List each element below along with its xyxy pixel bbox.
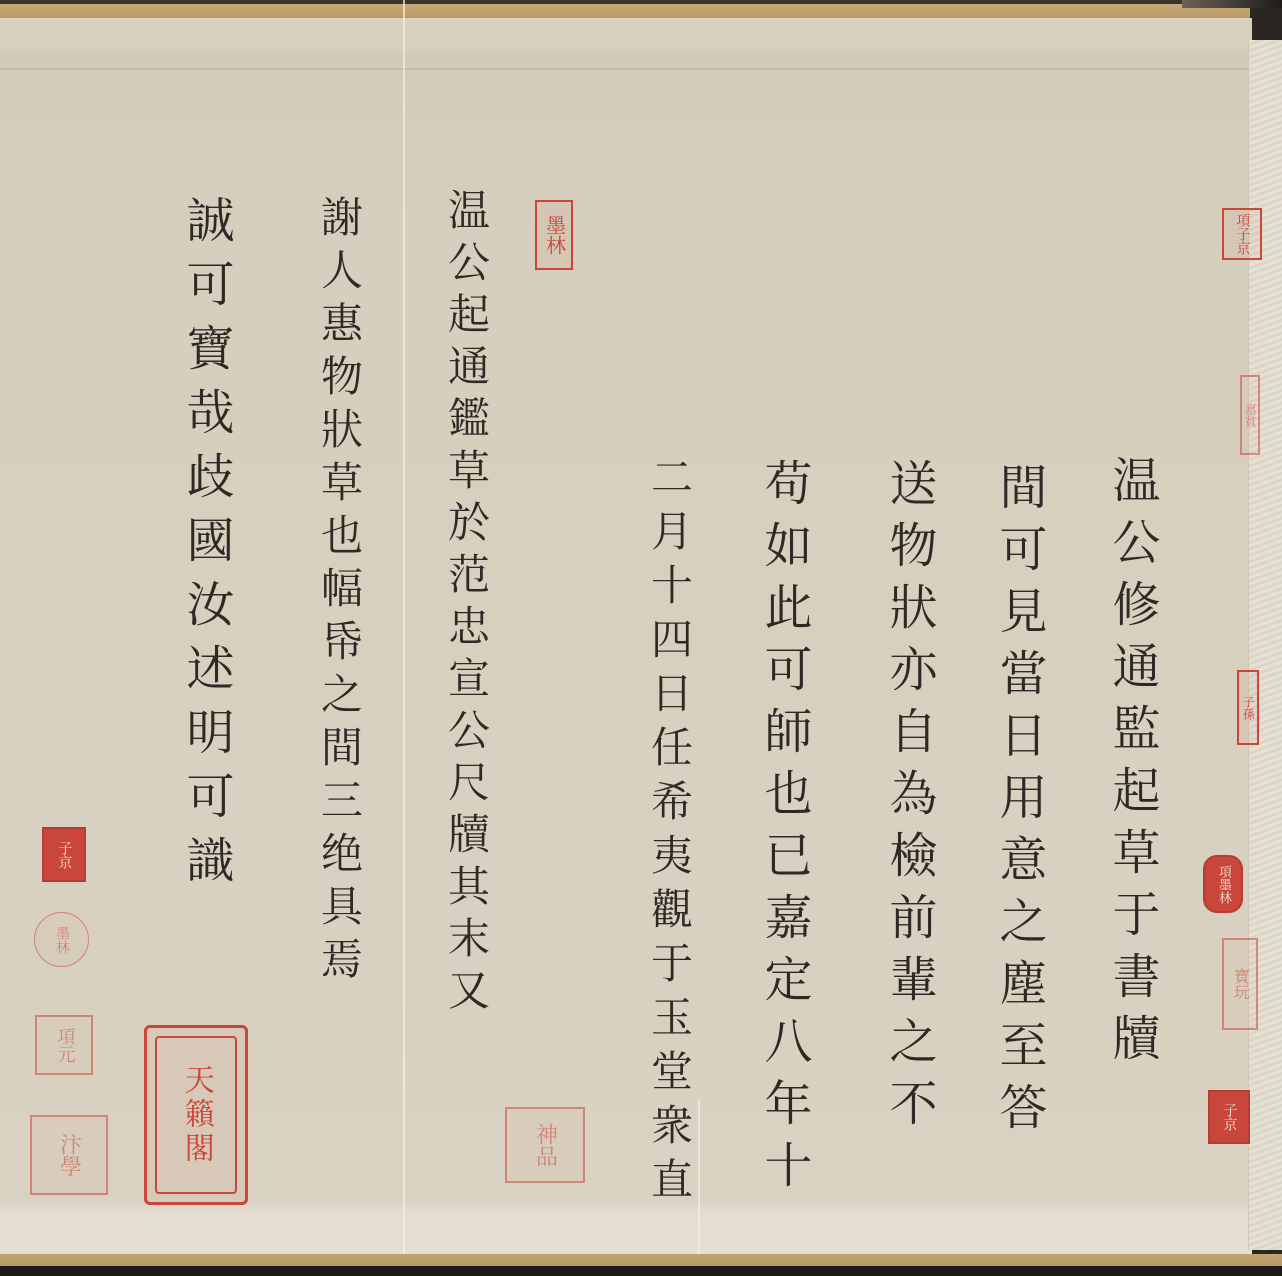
text-column-r2: 間可見當日用意之塵至答 [995, 462, 1043, 1144]
paper-seam-right [698, 1100, 700, 1276]
text-column-l1: 温公起通鑑草於范忠宣公尺牘其末又 [445, 188, 487, 1020]
seal-big: 天籟閣 [144, 1025, 248, 1205]
seal-moulin: 墨林 [535, 200, 573, 270]
seal-right-long: 寶玩 [1222, 938, 1258, 1030]
text-column-r1: 温公修通監起草于書牘 [1108, 455, 1156, 1075]
top-right-shadow [1182, 0, 1282, 8]
bottom-rod [0, 1266, 1282, 1276]
seal-right-round: 項墨林 [1203, 855, 1243, 913]
seal-right-bottom: 子京 [1208, 1090, 1250, 1144]
seal-left-3: 項元 [35, 1015, 93, 1075]
seal-mid-bottom: 神品 [505, 1107, 585, 1183]
seal-left-1: 子京 [42, 827, 86, 882]
text-column-r5: 二月十四日任希夷觀于玉堂衆直 [648, 455, 690, 1211]
text-column-r4: 苟如此可師也已嘉定八年十 [760, 458, 808, 1202]
seal-left-4: 汴學 [30, 1115, 108, 1195]
seal-big-inner-border [155, 1036, 237, 1194]
top-mount-band [0, 4, 1250, 18]
seal-right-mid: 嘉賞 [1240, 375, 1260, 455]
text-column-l2: 謝人惠物狀草也幅帋之間三绝具焉 [318, 195, 360, 990]
calligraphy-scroll: 温公修通監起草于書牘 間可見當日用意之塵至答 送物狀亦自為檢前輩之不 苟如此可師… [0, 0, 1282, 1276]
paper-seam-left [403, 0, 405, 1276]
paper-fold-line [0, 68, 1252, 70]
seal-right-mid2: 子孫 [1237, 670, 1259, 745]
seal-left-round: 墨林 [34, 912, 89, 967]
text-column-l3: 誠可寶哉歧國汝述明可識 [182, 195, 230, 899]
seal-right-top: 項子京 [1222, 208, 1262, 260]
text-column-r3: 送物狀亦自為檢前輩之不 [885, 458, 933, 1140]
